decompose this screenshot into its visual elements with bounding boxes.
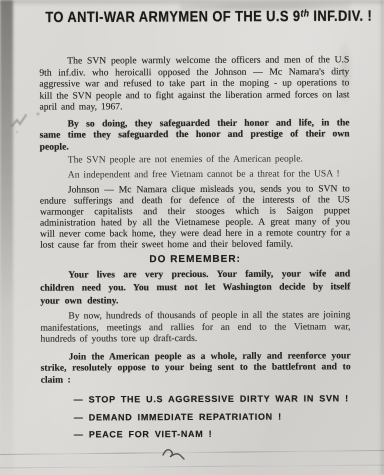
heading-do-remember: DO REMEMBER: <box>40 253 350 265</box>
demand-item-peace: — PEACE FOR VIET-NAM ! <box>74 429 351 440</box>
handwritten-scribble-icon <box>160 445 186 461</box>
paragraph-johnson-clique: Johnson — Mc Namara clique misleads you,… <box>40 183 350 250</box>
demand-item-stop-war: — STOP THE U.S AGGRESSIVE DIRTY WAR IN S… <box>74 394 351 405</box>
paper-edge-top-shadow <box>0 0 384 6</box>
title-superscript: th <box>300 8 309 19</box>
ink-smudge-icon <box>8 104 50 138</box>
paragraph-join: Join the American people as a whole, ral… <box>41 350 351 386</box>
paragraph-by-now: By now, hundreds of thousands of people … <box>40 310 350 346</box>
line-not-enemies: The SVN people are not enemies of the Am… <box>40 153 350 166</box>
leaflet-content: TO ANTI-WAR ARMYMEN OF THE U.S 9th INF.D… <box>0 8 384 440</box>
leaflet-paper: TO ANTI-WAR ARMYMEN OF THE U.S 9th INF.D… <box>0 0 384 475</box>
paragraph-welcome: The SVN people warmly welcome the office… <box>39 54 349 113</box>
leaflet-title: TO ANTI-WAR ARMYMEN OF THE U.S 9th INF.D… <box>45 8 343 26</box>
line-independent-vietnam: An independent and free Vietnam cannot b… <box>40 168 350 181</box>
paper-crease-line <box>0 450 384 455</box>
title-suffix: INF.DIV. ! <box>309 7 372 24</box>
paragraph-honor: By so doing, they safeguarded their hono… <box>40 117 350 153</box>
paragraph-your-lives: Your lives are very precious. Your famil… <box>40 268 350 308</box>
demand-list: — STOP THE U.S AGGRESSIVE DIRTY WAR IN S… <box>41 394 351 440</box>
demand-item-repatriation: — DEMAND IMMEDIATE REPATRIATION ! <box>74 411 351 422</box>
paper-crease-line <box>0 465 384 469</box>
title-prefix: TO ANTI-WAR ARMYMEN OF THE U.S 9 <box>45 8 300 26</box>
